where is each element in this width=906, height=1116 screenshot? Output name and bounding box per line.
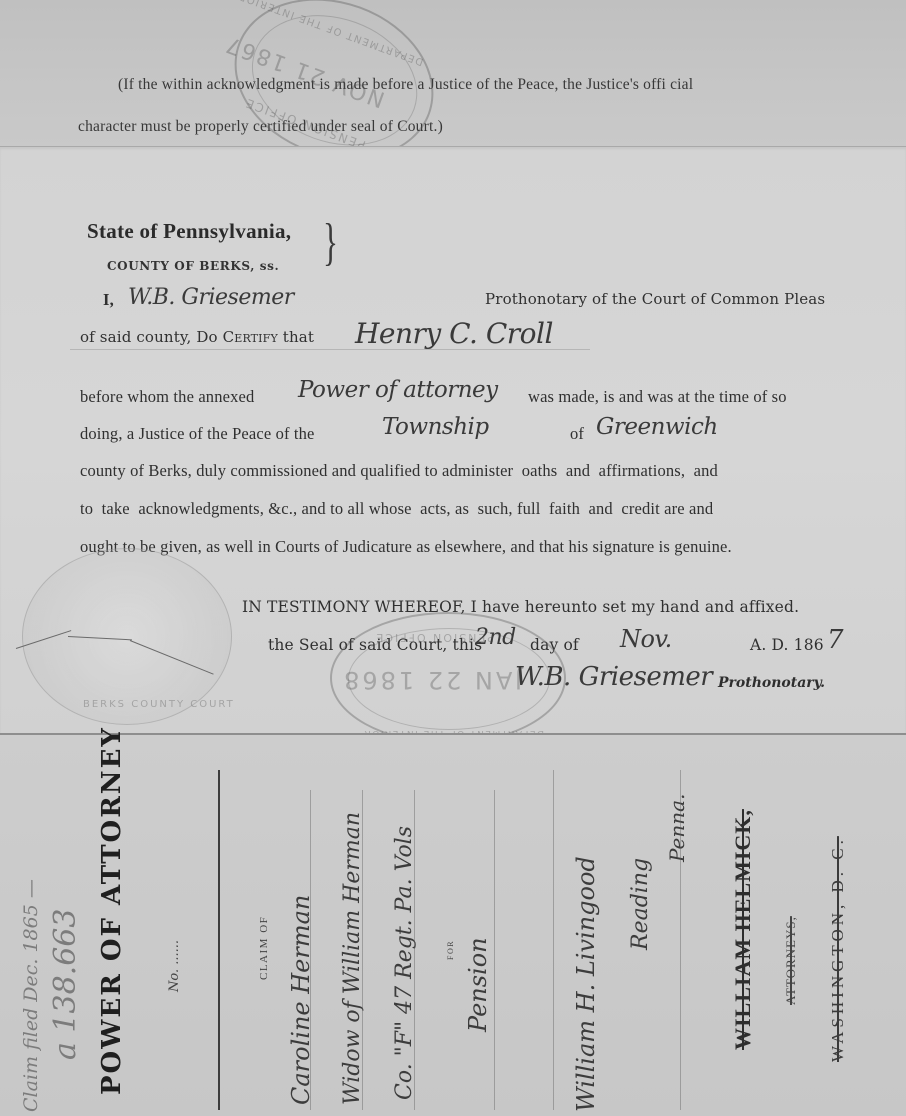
handwritten-document-type: Power of attorney	[298, 377, 498, 403]
guide-line	[553, 770, 554, 1110]
certificate-i-prefix: I,	[103, 290, 114, 310]
county-heading: COUNTY OF BERKS, ss.	[107, 259, 279, 273]
guide-line	[494, 790, 495, 1110]
certify-mid: that	[283, 328, 314, 346]
certify-word: Certify	[223, 328, 278, 346]
struck-printed-attorney-name: WILLIAM HELMICK,	[730, 809, 756, 1050]
stamp-bottom-ring-text: PENSION OFFICE	[374, 631, 494, 644]
certificate-paragraph-line-1: county of Berks, duly commissioned and q…	[80, 461, 718, 481]
top-instruction-band: (If the within acknowledgment is made be…	[0, 0, 906, 148]
prothonotary-title-text: Prothonotary of the Court of Common Plea…	[485, 290, 825, 308]
for-label: FOR	[446, 940, 455, 960]
prothonotary-signature-title: Prothonotary.	[718, 675, 825, 691]
handwritten-place-name: Greenwich	[596, 414, 718, 440]
annexed-suffix: was made, is and was at the time of so	[528, 387, 787, 407]
guide-line	[362, 790, 363, 1110]
attorney-city: Reading	[628, 858, 653, 950]
certify-line: of said county, Do Certify that	[80, 328, 314, 346]
handwritten-year-digit: 7	[827, 625, 843, 655]
brace-symbol: }	[323, 217, 338, 269]
annexed-prefix: before whom the annexed	[80, 387, 254, 407]
doing-mid: of	[570, 424, 584, 444]
doing-prefix: doing, a Justice of the Peace of the	[80, 424, 315, 444]
docket-number-value: ......	[167, 940, 182, 965]
power-of-attorney-title: POWER OF ATTORNEY	[97, 726, 127, 1095]
claim-type: Pension	[464, 937, 492, 1032]
seal-line-year-prefix: A. D. 186	[750, 636, 824, 654]
handwritten-municipality-type: Township	[382, 414, 489, 440]
certificate-paragraph-line-2: to take acknowledgments, &c., and to all…	[80, 499, 713, 519]
handwritten-prothonotary-name: W.B. Griesemer	[128, 285, 294, 310]
handwritten-month: Nov.	[620, 625, 672, 653]
attorney-state: Penna.	[665, 794, 689, 862]
pencil-claim-number: a 138.663	[48, 909, 83, 1060]
docket-number-label: No.	[167, 969, 182, 992]
struck-washington-dc: WASHINGTON, D. C.	[828, 836, 848, 1062]
testimony-line: IN TESTIMONY WHEREOF, I have hereunto se…	[242, 598, 799, 616]
pension-office-stamp-bottom: PENSION OFFICE JAN 22 1868 DEPARTMENT OF…	[330, 612, 566, 744]
guide-line	[414, 790, 415, 1110]
certificate-paragraph-line-3: ought to be given, as well in Courts of …	[80, 537, 732, 557]
certify-prefix: of said county, Do	[80, 328, 218, 346]
struck-attorneys-label: ATTORNEYS,	[783, 916, 799, 1005]
court-seal-ring-text: BERKS COUNTY COURT	[83, 699, 235, 710]
stamp-bottom-date: JAN 22 1868	[341, 666, 522, 694]
attorney-name: William H. Livingood	[572, 856, 600, 1112]
state-heading: State of Pennsylvania,	[87, 219, 291, 244]
guide-line	[310, 790, 311, 1110]
pencil-claim-filed-note: Claim filed Dec. 1865 —	[20, 879, 42, 1112]
docket-divider-line	[218, 770, 220, 1110]
claim-of-label: CLAIM OF	[258, 916, 270, 980]
docket-number: No. ......	[167, 940, 182, 992]
fold-line	[70, 349, 590, 350]
guide-line	[680, 770, 681, 1110]
handwritten-justice-name: Henry C. Croll	[355, 317, 553, 350]
docket-back	[0, 733, 906, 1116]
